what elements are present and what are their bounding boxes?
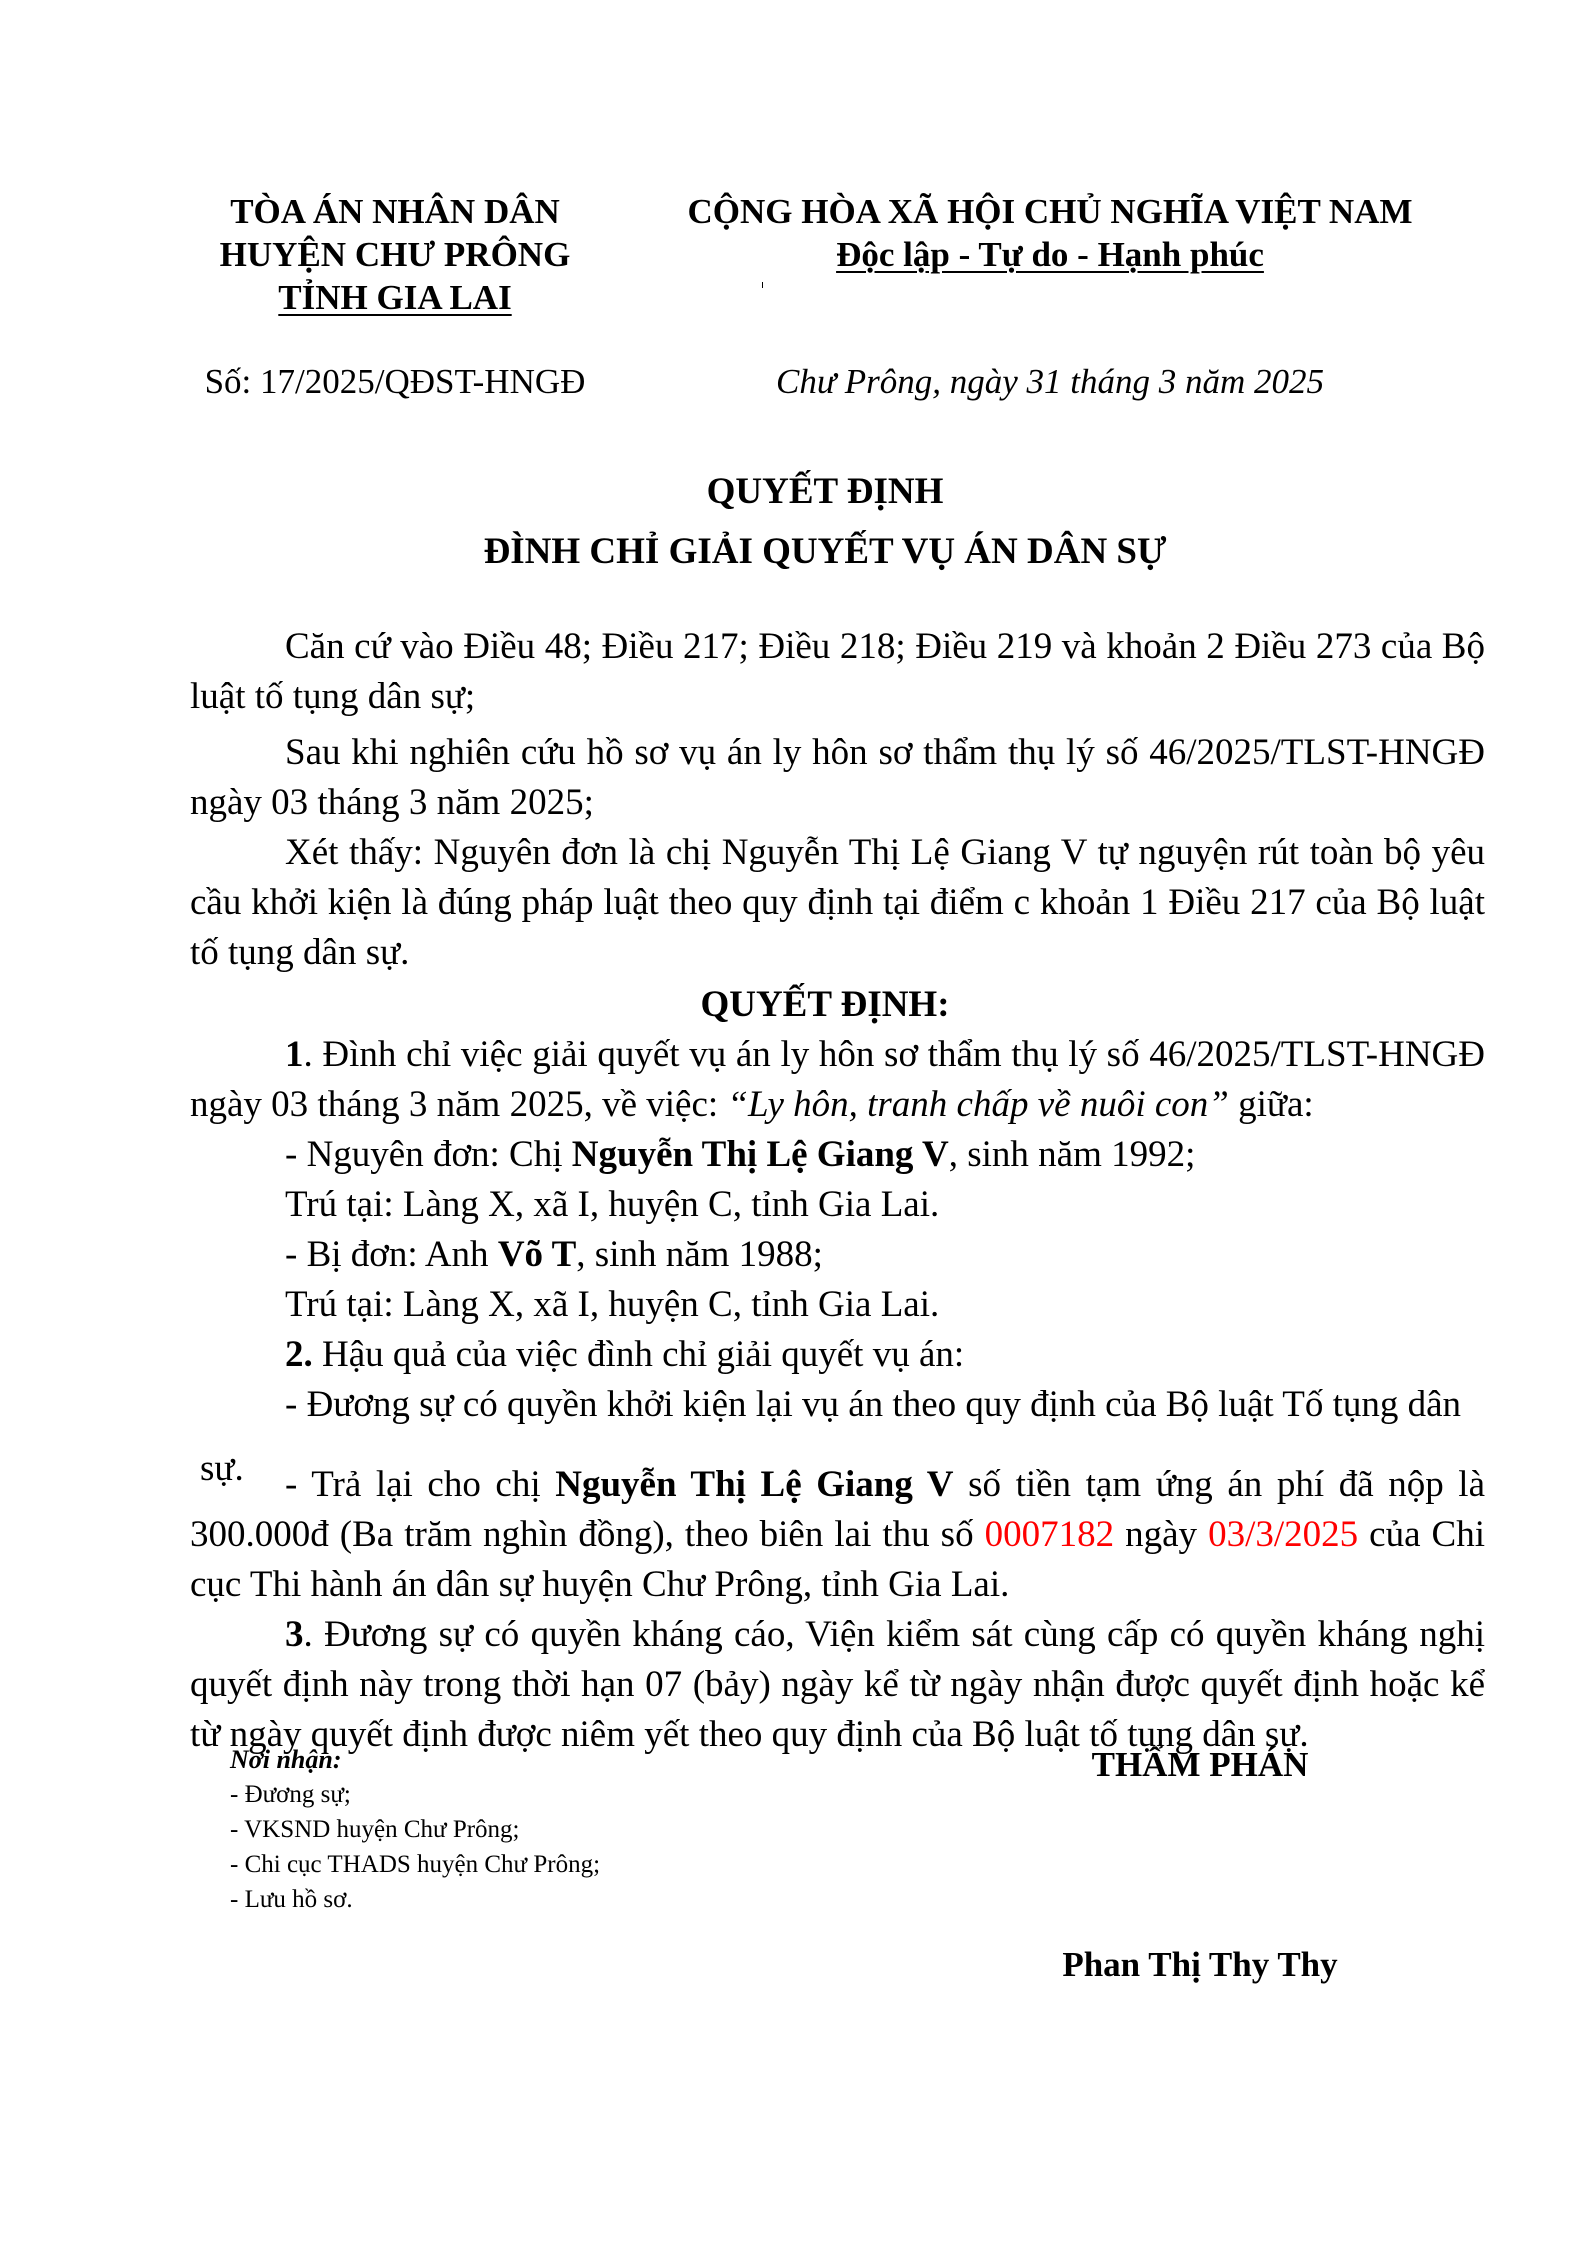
receipt-number: 0007182	[985, 1514, 1115, 1555]
recipient-item: - Lưu hồ sơ.	[230, 1882, 830, 1917]
document-title: QUYẾT ĐỊNH	[150, 470, 1500, 514]
item-2-number: 2.	[285, 1334, 313, 1375]
decision-heading: QUYẾT ĐỊNH:	[150, 983, 1500, 1027]
defendant-address: Trú tại: Làng X, xã I, huyện C, tỉnh Gia…	[190, 1280, 1485, 1330]
plaintiff-line: - Nguyên đơn: Chị Nguyễn Thị Lệ Giang V,…	[190, 1130, 1485, 1180]
place-and-date: Chư Prông, ngày 31 tháng 3 năm 2025	[640, 362, 1460, 402]
defendant-name: Võ T	[498, 1234, 576, 1275]
plaintiff-address: Trú tại: Làng X, xã I, huyện C, tỉnh Gia…	[190, 1180, 1485, 1230]
court-name-block: TÒA ÁN NHÂN DÂN HUYỆN CHƯ PRÔNG TỈNH GIA…	[180, 190, 610, 319]
signer-title: THẨM PHÁN	[950, 1745, 1450, 1785]
case-subject: “Ly hôn, tranh chấp về nuôi con”	[727, 1084, 1228, 1125]
recipient-item: - Chi cục THADS huyện Chư Prông;	[230, 1847, 830, 1882]
signer-name: Phan Thị Thy Thy	[940, 1945, 1460, 1985]
decision-items-continued: - Trả lại cho chị Nguyễn Thị Lệ Giang V …	[190, 1460, 1485, 1760]
decision-item-3: 3. Đương sự có quyền kháng cáo, Viện kiể…	[190, 1610, 1485, 1760]
refund-recipient-name: Nguyễn Thị Lệ Giang V	[555, 1464, 953, 1505]
plaintiff-name: Nguyễn Thị Lệ Giang V	[572, 1134, 949, 1175]
recipient-item: - Đương sự;	[230, 1777, 830, 1812]
recipients-list: Nơi nhận: - Đương sự; - VKSND huyện Chư …	[230, 1742, 830, 1917]
item-3-number: 3	[285, 1614, 304, 1655]
court-decision-document: TÒA ÁN NHÂN DÂN HUYỆN CHƯ PRÔNG TỈNH GIA…	[0, 0, 1586, 2244]
court-line-2: HUYỆN CHƯ PRÔNG	[180, 233, 610, 276]
preamble-finding: Xét thấy: Nguyên đơn là chị Nguyễn Thị L…	[190, 828, 1485, 978]
preamble: Căn cứ vào Điều 48; Điều 217; Điều 218; …	[190, 622, 1485, 978]
decorative-tick-mark	[762, 282, 763, 288]
document-subtitle: ĐÌNH CHỈ GIẢI QUYẾT VỤ ÁN DÂN SỰ	[150, 530, 1500, 574]
recipient-item: - VKSND huyện Chư Prông;	[230, 1812, 830, 1847]
court-line-3: TỈNH GIA LAI	[278, 278, 511, 317]
recipients-title: Nơi nhận:	[230, 1742, 830, 1777]
consequence-refile-right: - Đương sự có quyền khởi kiện lại vụ án …	[190, 1380, 1485, 1430]
decision-item-2: 2. Hậu quả của việc đình chỉ giải quyết …	[190, 1330, 1485, 1380]
national-motto-block: CỘNG HÒA XÃ HỘI CHỦ NGHĨA VIỆT NAM Độc l…	[640, 190, 1460, 276]
decision-item-1: 1. Đình chỉ việc giải quyết vụ án ly hôn…	[190, 1030, 1485, 1130]
preamble-legal-basis: Căn cứ vào Điều 48; Điều 217; Điều 218; …	[190, 622, 1485, 722]
preamble-case-review: Sau khi nghiên cứu hồ sơ vụ án ly hôn sơ…	[190, 728, 1485, 828]
national-motto: Độc lập - Tự do - Hạnh phúc	[836, 235, 1264, 274]
defendant-line: - Bị đơn: Anh Võ T, sinh năm 1988;	[190, 1230, 1485, 1280]
document-number: Số: 17/2025/QĐST-HNGĐ	[180, 362, 610, 402]
court-line-1: TÒA ÁN NHÂN DÂN	[180, 190, 610, 233]
item-1-number: 1	[285, 1034, 304, 1075]
fee-refund: - Trả lại cho chị Nguyễn Thị Lệ Giang V …	[190, 1460, 1485, 1610]
nation-name: CỘNG HÒA XÃ HỘI CHỦ NGHĨA VIỆT NAM	[640, 190, 1460, 233]
receipt-date: 03/3/2025	[1208, 1514, 1358, 1555]
decision-items: 1. Đình chỉ việc giải quyết vụ án ly hôn…	[190, 1030, 1485, 1494]
